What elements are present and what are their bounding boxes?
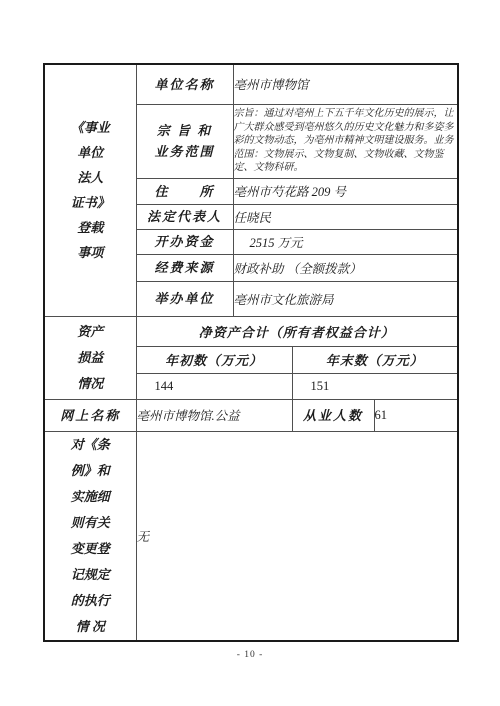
compliance-value: 无 [136,431,458,641]
staff-count-value: 61 [374,399,458,431]
purpose-scope-value: 宗旨：通过对亳州上下五千年文化历史的展示，让广大群众感受到亳州悠久的历史文化魅力… [233,104,458,178]
address-value: 亳州市芍花路 209 号 [233,178,458,204]
sponsor-unit-value: 亳州市文化旅游局 [233,281,458,316]
purpose-scope-label: 宗 旨 和 业务范围 [136,104,233,178]
registration-table: 《事业 单位 法人 证书》 登载 事项 单位名称 亳州市博物馆 宗 旨 和 业务… [43,63,459,642]
unit-name-label: 单位名称 [136,64,233,104]
net-assets-header: 净资产合计（所有者权益合计） [136,316,458,346]
funding-source-label: 经费来源 [136,254,233,281]
document-page: 《事业 单位 法人 证书》 登载 事项 单位名称 亳州市博物馆 宗 旨 和 业务… [0,0,500,706]
address-label: 住 所 [136,178,233,204]
compliance-section-label: 对《条 例》和 实施细 则有关 变更登 记规定 的执行 情 况 [44,431,136,641]
page-number: - 10 - [0,650,500,660]
founding-capital-label: 开办资金 [136,229,233,254]
staff-count-label: 从业人数 [292,399,374,431]
assets-section-label: 资产 损益 情况 [44,316,136,399]
year-end-value: 151 [292,373,458,399]
sponsor-unit-label: 举办单位 [136,281,233,316]
online-name-value: 亳州市博物馆.公益 [136,399,292,431]
funding-source-value: 财政补助 （全额拨款） [233,254,458,281]
year-end-header: 年末数（万元） [292,346,458,373]
year-start-value: 144 [136,373,292,399]
legal-representative-label: 法定代表人 [136,204,233,229]
online-name-label: 网上名称 [44,399,136,431]
unit-name-value: 亳州市博物馆 [233,64,458,104]
legal-representative-value: 任晓民 [233,204,458,229]
certificate-section-label: 《事业 单位 法人 证书》 登载 事项 [44,64,136,316]
year-start-header: 年初数（万元） [136,346,292,373]
founding-capital-value: 2515 万元 [233,229,458,254]
